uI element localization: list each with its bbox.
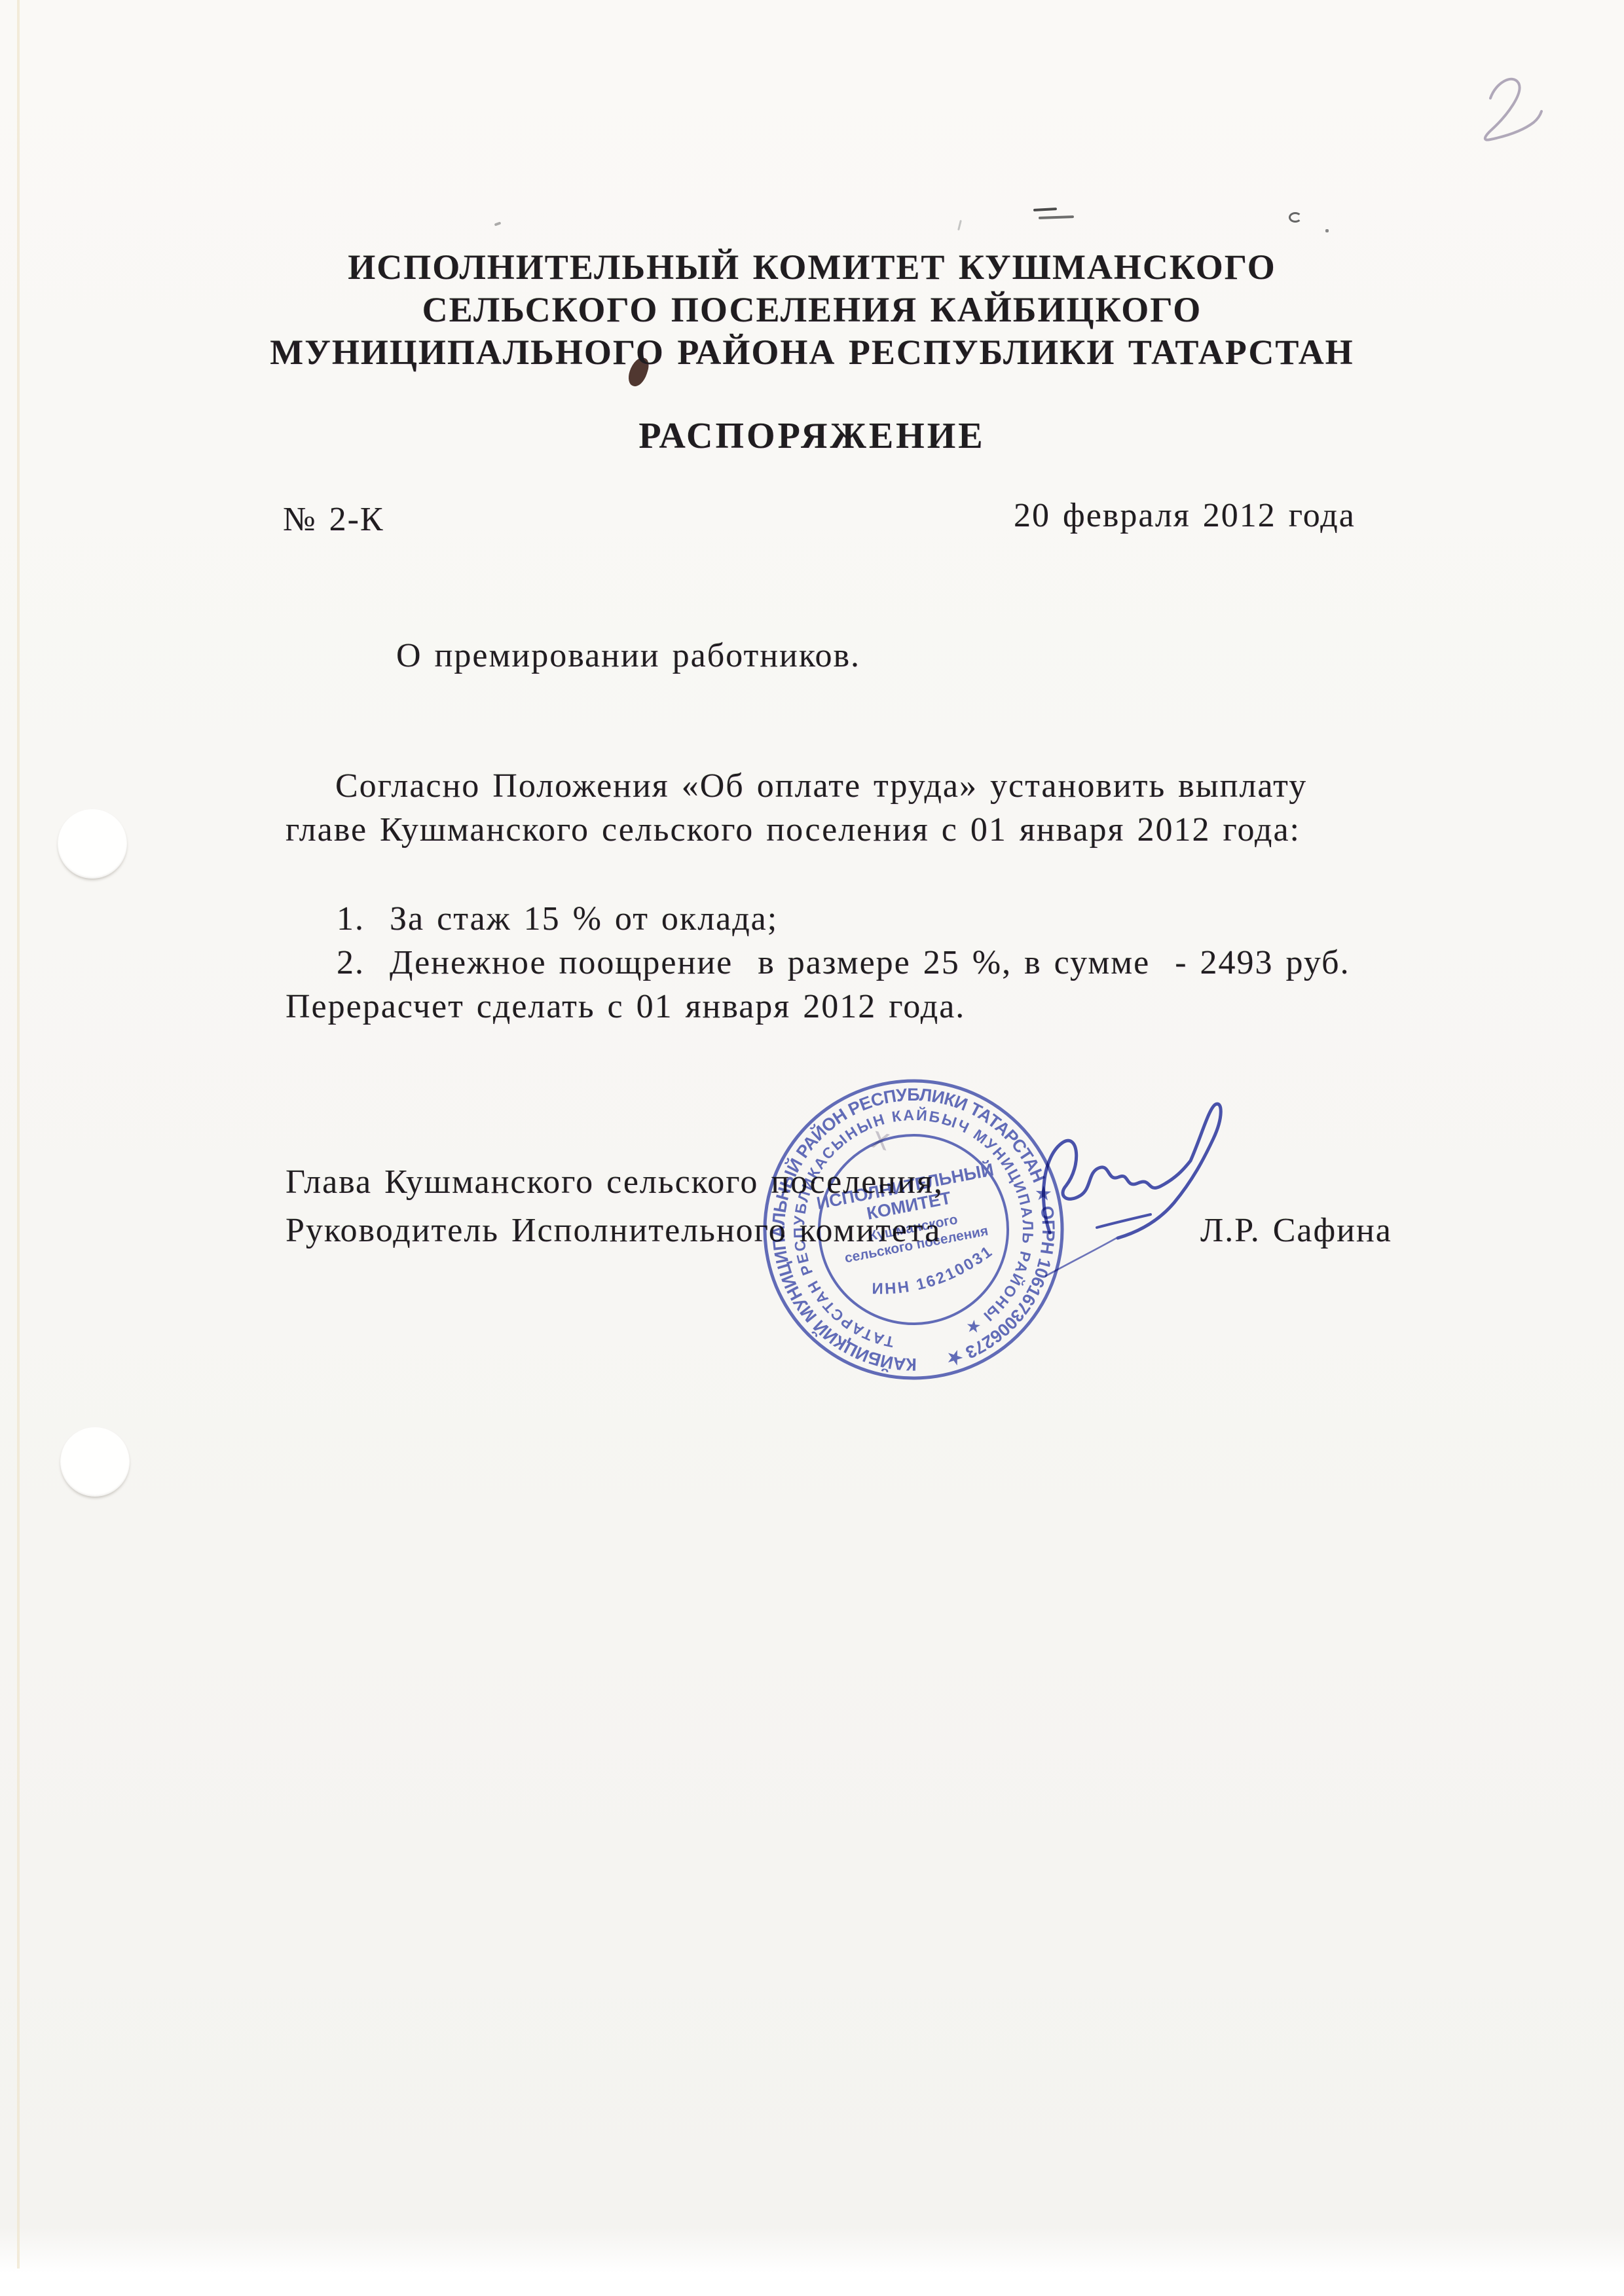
page-number-handwritten — [1459, 63, 1557, 155]
scan-speck — [1033, 208, 1057, 211]
document-subject: О премировании работников. — [396, 636, 860, 675]
recalculation-line: Перерасчет сделать с 01 января 2012 года… — [286, 987, 965, 1026]
scan-speck — [494, 221, 502, 226]
handwritten-signature — [1018, 1077, 1280, 1300]
list-item-1: 1. За стаж 15 % от оклада; — [337, 900, 778, 938]
header-line-3: МУНИЦИПАЛЬНОГО РАЙОНА РЕСПУБЛИКИ ТАТАРСТ… — [0, 332, 1624, 373]
list-item-2: 2. Денежное поощрение в размере 25 %, в … — [337, 943, 1350, 982]
header-line-2: СЕЛЬСКОГО ПОСЕЛЕНИЯ КАЙБИЦКОГО — [0, 289, 1624, 330]
document-number: № 2-К — [283, 500, 384, 539]
scan-speck — [1325, 229, 1329, 232]
hole-punch-bottom — [60, 1427, 130, 1497]
paragraph-line-2: главе Кушманского сельского поселения с … — [286, 811, 1301, 849]
document-date: 20 февраля 2012 года — [1014, 496, 1356, 535]
document-type-title: РАСПОРЯЖЕНИЕ — [0, 415, 1624, 457]
hole-punch-top — [58, 809, 127, 879]
scanned-document-page: ИСПОЛНИТЕЛЬНЫЙ КОМИТЕТ КУШМАНСКОГО СЕЛЬС… — [0, 0, 1624, 2296]
scan-speck — [1289, 212, 1302, 223]
header-line-1: ИСПОЛНИТЕЛЬНЫЙ КОМИТЕТ КУШМАНСКОГО — [0, 247, 1624, 287]
paragraph-line-1: Согласно Положения «Об оплате труда» уст… — [335, 767, 1307, 805]
scan-speck — [1039, 215, 1074, 219]
scan-speck — [957, 220, 962, 230]
